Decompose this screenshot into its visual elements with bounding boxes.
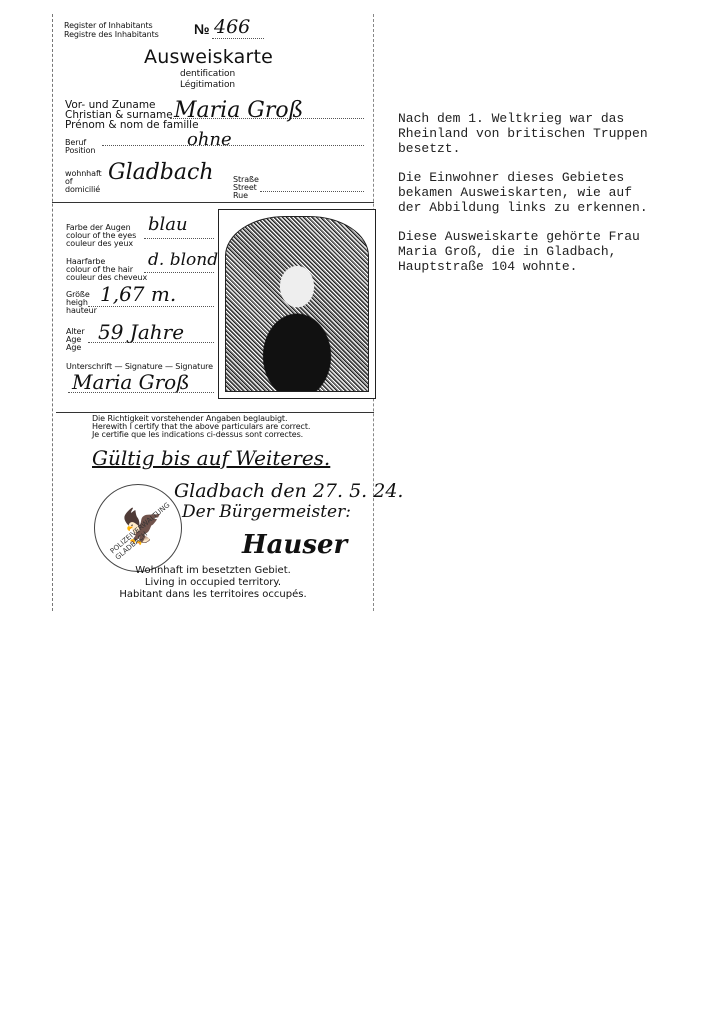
explanation-paragraph-3: Diese Ausweiskarte gehörte Frau Maria Gr…	[398, 229, 648, 274]
card-left-edge	[52, 14, 53, 611]
identity-card: Register of Inhabitants Registre des Inh…	[52, 14, 374, 611]
holder-photo	[218, 209, 376, 399]
register-label-fr: Registre des Inhabitants	[64, 30, 159, 39]
position-value: ohne	[187, 129, 232, 150]
eyes-label-fr: couleur des yeux	[66, 239, 133, 248]
explanation-text: Nach dem 1. Weltkrieg war das Rheinland …	[398, 111, 648, 288]
card-subtitle-fr: Légitimation	[180, 81, 235, 90]
age-label-fr: Age	[66, 343, 81, 352]
validity-note: Gültig bis auf Weiteres.	[92, 446, 330, 470]
eyes-value: blau	[148, 214, 188, 235]
explanation-paragraph-1: Nach dem 1. Weltkrieg war das Rheinland …	[398, 111, 648, 156]
hair-label-fr: couleur des cheveux	[66, 273, 147, 282]
age-line	[88, 342, 214, 343]
name-line	[170, 118, 364, 119]
register-label-en: Register of Inhabitants	[64, 21, 153, 30]
holder-signature: Maria Groß	[72, 370, 190, 394]
certification-fr: Je certifie que les indications ci-dessu…	[92, 430, 303, 439]
section-divider-bottom	[56, 412, 374, 413]
card-number: 466	[214, 16, 250, 38]
height-value: 1,67 m.	[100, 282, 176, 306]
street-line	[260, 191, 364, 192]
domicile-value: Gladbach	[108, 160, 214, 185]
signature-line	[68, 392, 214, 393]
height-line	[88, 306, 214, 307]
number-prefix: №	[194, 21, 210, 37]
number-line	[212, 38, 264, 39]
name-value: Maria Groß	[174, 98, 303, 123]
street-label-fr: Rue	[233, 191, 248, 200]
domicile-label-fr: domicilié	[65, 185, 100, 194]
official-signature: Hauser	[242, 530, 347, 560]
place-date: Gladbach den 27. 5. 24.	[174, 480, 403, 502]
footer-de: Wohnhaft im besetzten Gebiet.	[52, 565, 374, 576]
footer-en: Living in occupied territory.	[52, 577, 374, 588]
official-title: Der Bürgermeister:	[182, 502, 351, 522]
age-value: 59 Jahre	[98, 320, 184, 344]
footer-fr: Habitant dans les territoires occupés.	[52, 589, 374, 600]
hair-value: d. blond	[148, 250, 218, 270]
position-line	[102, 145, 364, 146]
hair-line	[144, 272, 214, 273]
card-subtitle-en: dentification	[180, 70, 235, 79]
height-label-fr: hauteur	[66, 306, 97, 315]
section-divider-top	[52, 202, 374, 203]
official-seal: 🦅 POLIZEIVERWALTUNG GLADBACH	[94, 484, 182, 572]
card-title: Ausweiskarte	[144, 46, 273, 68]
explanation-paragraph-2: Die Einwohner dieses Gebietes bekamen Au…	[398, 170, 648, 215]
photo-image	[225, 216, 369, 392]
position-label-en: Position	[65, 146, 95, 155]
eyes-line	[144, 238, 214, 239]
